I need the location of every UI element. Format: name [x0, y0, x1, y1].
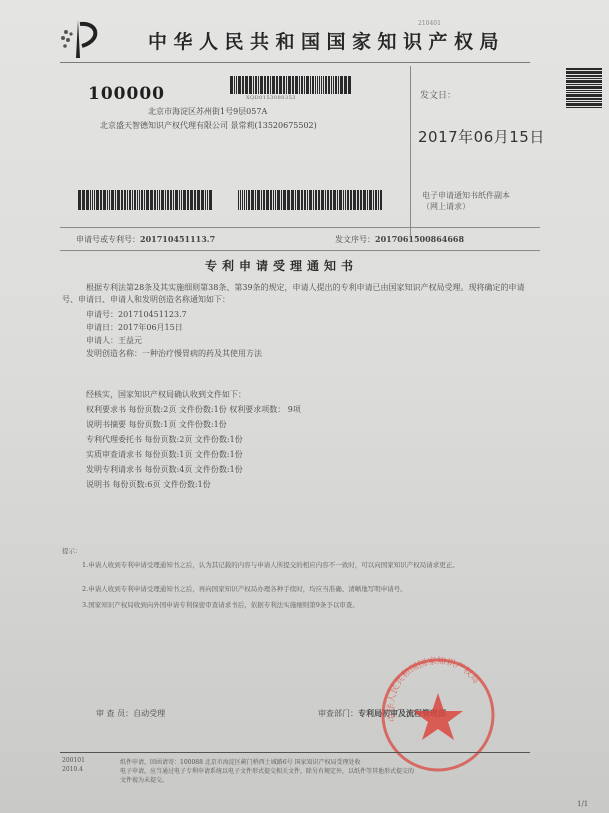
application-number: 201710451113.7 [140, 234, 215, 244]
footer-code: 2010.4 [62, 766, 83, 773]
document-item: 发明专利请求书 每份页数:4页 文件份数:1份 [86, 464, 243, 475]
divider [60, 227, 540, 228]
application-number-label: 申请号或专利号： [76, 235, 140, 244]
serial-barcode [238, 190, 388, 210]
application-barcode [78, 190, 214, 210]
footer-code: 200101 [62, 757, 85, 764]
electronic-notice-note: 电子申请通知书纸件副本（网上请求） [422, 190, 517, 212]
divider [60, 752, 530, 753]
document-item: 权利要求书 每份页数:2页 文件份数:1份 权利要求项数： 9项 [86, 404, 301, 415]
dispatch-serial-label: 发文序号： [335, 235, 375, 244]
footer-line: 文件视为未提交。 [120, 775, 168, 784]
note-item: 2.申请人收到专利申请受理通知书之后，再向国家知识产权局办理各种手续时，均应当准… [62, 584, 542, 594]
field-application-no: 申请号：201710451123.7 [86, 309, 187, 320]
recipient-address: 北京市海淀区苏州街1号9层057A [148, 106, 267, 117]
page-number: 1/1 [577, 800, 588, 808]
footer-line: 纸件申请，回函请寄：100088 北京市海淀区蓟门桥西土城路6号 国家知识产权局… [120, 757, 361, 766]
footer-line: 电子申请，应当通过电子专利申请系统以电子文件形式提交相关文件，除另有规定外，以纸… [120, 766, 414, 775]
divider-vertical [410, 66, 411, 236]
postal-code: 100000 [88, 84, 165, 104]
intro-paragraph: 根据专利法第28条及其实施细则第38条、第39条的规定，申请人提出的专利申请已由… [62, 282, 532, 306]
form-code: 210401 [418, 20, 441, 27]
side-barcode [566, 68, 602, 120]
field-applicant: 申请人：王益元 [86, 335, 142, 346]
barcode-number: XQD0153080353 [246, 95, 296, 101]
document-item: 实质审查请求书 每份页数:1页 文件份数:1份 [86, 449, 243, 460]
document-item: 专利代理委托书 每份页数:2页 文件份数:1份 [86, 434, 243, 445]
note-item: 1.申请人收到专利申请受理通知书之后，认为其记载的内容与申请人所提交的相应内容不… [62, 560, 542, 570]
dispatch-serial-number: 2017061500864668 [375, 234, 464, 244]
document-item: 说明书摘要 每份页数:1页 文件份数:1份 [86, 419, 227, 430]
official-seal-icon: 中华人民共和国国家知识产权局 [378, 655, 498, 775]
divider [60, 250, 540, 251]
agency-name: 中华人民共和国国家知识产权局 [148, 27, 505, 54]
divider [60, 62, 530, 63]
documents-intro: 经核实，国家知识产权局确认收到文件如下： [86, 389, 246, 400]
field-invention-title: 发明创造名称：一种治疗慢胃病的药及其使用方法 [86, 348, 262, 359]
document-title: 专利申请受理通知书 [205, 257, 358, 274]
notice-document: 中华人民共和国国家知识产权局 210401 100000 XQD01530803… [0, 0, 609, 813]
notes-heading: 提示： [62, 546, 542, 556]
examiner-line: 审 查 员：自动受理 [96, 708, 165, 719]
recipient-name: 北京盛天智德知识产权代理有限公司 景常莉(13520675502) [100, 120, 317, 131]
document-item: 说明书 每份页数:6页 文件份数:1份 [86, 479, 211, 490]
application-number-line: 申请号或专利号：201710451113.7 [76, 234, 215, 245]
dispatch-date: 2017年06月15日 [418, 126, 545, 147]
dispatch-serial-line: 发文序号：2017061500864668 [335, 234, 464, 245]
mail-barcode [230, 76, 352, 94]
note-item: 3.国家知识产权局收到向外国申请专利保密审查请求书后，依据专利法实施细则第9条予… [62, 600, 542, 610]
cnipa-logo-icon [58, 18, 106, 60]
field-filing-date: 申请日：2017年06月15日 [86, 322, 183, 333]
dispatch-date-label: 发文日： [420, 88, 456, 101]
